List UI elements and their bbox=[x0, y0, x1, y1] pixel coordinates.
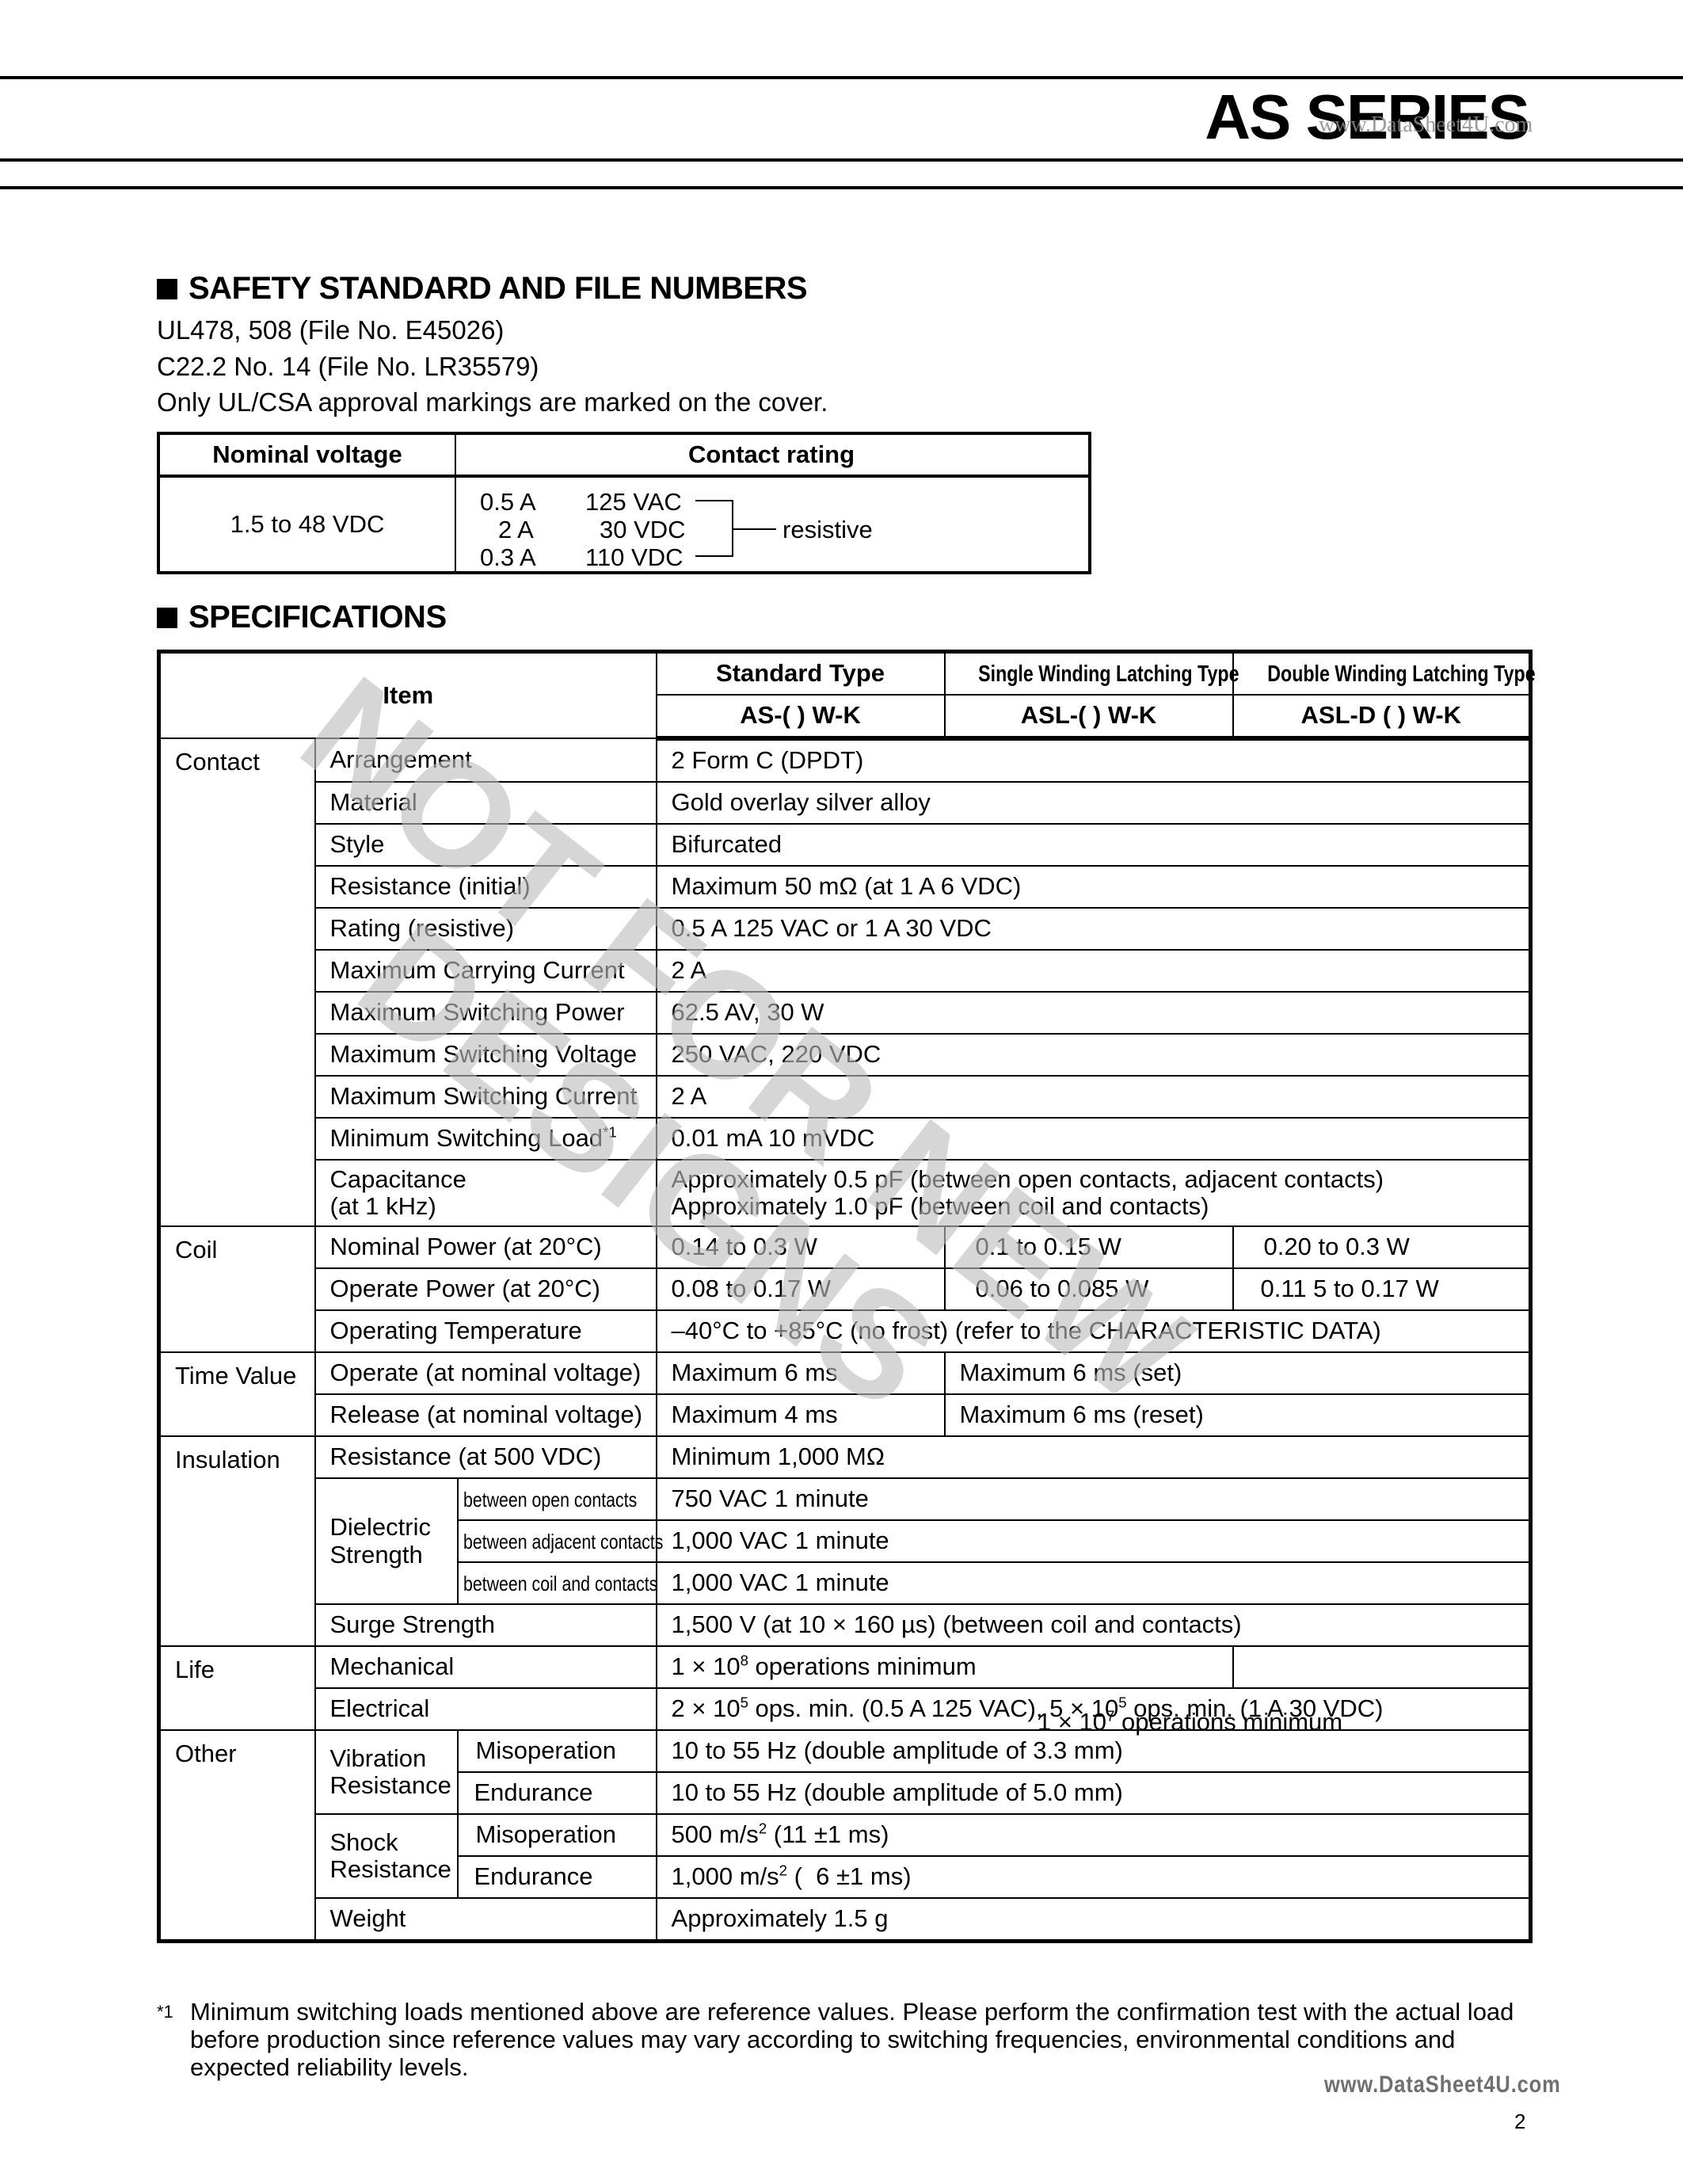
specs-heading-text: SPECIFICATIONS bbox=[188, 600, 447, 635]
safety-line-csa: C22.2 No. 14 (File No. LR35579) bbox=[157, 353, 539, 379]
item-surge-strength: Surge Strength bbox=[315, 1604, 657, 1646]
item-arrangement: Arrangement bbox=[315, 738, 657, 782]
header-watermark: www.DataSheet4U.com bbox=[1319, 112, 1533, 138]
table-row: Material Gold overlay silver alloy bbox=[159, 782, 1531, 824]
shock-mis-b: (11 ±1 ms) bbox=[767, 1820, 889, 1848]
shock-mis-exp: 2 bbox=[759, 1820, 767, 1837]
shock-end-b: ( 6 ±1 ms) bbox=[787, 1862, 912, 1890]
header-single-winding: Single Winding Latching Type bbox=[945, 652, 1233, 696]
value-operating-temperature: –40°C to +85°C (no frost) (refer to the … bbox=[657, 1310, 1531, 1352]
rating-voltage-1: 125 VAC bbox=[585, 490, 682, 514]
model-standard: AS-( ) W-K bbox=[657, 695, 945, 738]
shock-cond-misoperation: Misoperation bbox=[458, 1814, 657, 1856]
safety-line-note: Only UL/CSA approval markings are marked… bbox=[157, 389, 828, 415]
item-min-switching-load-text: Minimum Switching Load bbox=[330, 1124, 604, 1152]
bracket-line bbox=[732, 528, 776, 530]
footnote-text: Minimum switching loads mentioned above … bbox=[157, 1998, 1535, 2081]
dielectric-cond-adjacent: between adjacent contacts bbox=[458, 1520, 657, 1562]
value-insulation-resistance: Minimum 1,000 MΩ bbox=[657, 1436, 1531, 1478]
mech-std-base: 1 × 10 bbox=[672, 1652, 741, 1680]
footnote-mark: *1 bbox=[157, 1998, 173, 2026]
rating-note: resistive bbox=[782, 517, 873, 542]
item-operate-power: Operate Power (at 20°C) bbox=[315, 1268, 657, 1310]
rating-voltage-2: 30 VDC bbox=[600, 517, 686, 542]
bracket-line bbox=[695, 555, 733, 557]
dielectric-value-adjacent: 1,000 VAC 1 minute bbox=[657, 1520, 1531, 1562]
mechanical-life-standard: 1 × 108 operations minimum bbox=[657, 1646, 1233, 1688]
nominal-power-single: 0.1 to 0.15 W bbox=[945, 1226, 1233, 1268]
item-vibration-resistance-text: Vibration Resistance bbox=[330, 1745, 465, 1799]
table-row: Rating (resistive) 0.5 A 125 VAC or 1 A … bbox=[159, 908, 1531, 950]
header-double-winding: Double Winding Latching Type bbox=[1233, 652, 1531, 696]
nominal-power-standard: 0.14 to 0.3 W bbox=[657, 1226, 945, 1268]
value-rating: 0.5 A 125 VAC or 1 A 30 VDC bbox=[657, 908, 1531, 950]
value-weight: Approximately 1.5 g bbox=[657, 1898, 1531, 1942]
mech-lat-base: 1 × 10 bbox=[1038, 1708, 1106, 1736]
group-life: Life bbox=[159, 1646, 315, 1730]
shock-mis-a: 500 m/s bbox=[672, 1820, 759, 1848]
elec-p1: 2 × 10 bbox=[672, 1694, 741, 1722]
operate-power-single: 0.06 to 0.085 W bbox=[945, 1268, 1233, 1310]
value-max-switching-voltage: 250 VAC, 220 VDC bbox=[657, 1034, 1531, 1076]
table-row: Coil Nominal Power (at 20°C) 0.14 to 0.3… bbox=[159, 1226, 1531, 1268]
operate-power-double: 0.11 5 to 0.17 W bbox=[1233, 1268, 1531, 1310]
item-max-carrying-current: Maximum Carrying Current bbox=[315, 950, 657, 992]
page-number: 2 bbox=[1514, 2110, 1525, 2134]
item-style: Style bbox=[315, 824, 657, 866]
item-capacitance: Capacitance(at 1 kHz) bbox=[315, 1160, 657, 1226]
specs-heading: SPECIFICATIONS bbox=[157, 600, 447, 635]
vibration-cond-endurance: Endurance bbox=[458, 1772, 657, 1814]
dielectric-cond-adjacent-text: between adjacent contacts bbox=[463, 1530, 663, 1553]
table-row: Weight Approximately 1.5 g bbox=[159, 1898, 1531, 1942]
mech-lat-exp: 7 bbox=[1106, 1708, 1114, 1725]
shock-value-misoperation: 500 m/s2 (11 ±1 ms) bbox=[657, 1814, 1531, 1856]
table-row: Insulation Resistance (at 500 VDC) Minim… bbox=[159, 1436, 1531, 1478]
shock-value-endurance: 1,000 m/s2 ( 6 ±1 ms) bbox=[657, 1856, 1531, 1898]
value-material: Gold overlay silver alloy bbox=[657, 782, 1531, 824]
table-row: Life Mechanical 1 × 108 operations minim… bbox=[159, 1646, 1531, 1688]
square-bullet-icon bbox=[157, 279, 177, 299]
table-row: Time Value Operate (at nominal voltage) … bbox=[159, 1352, 1531, 1394]
item-capacitance-line2: (at 1 kHz) bbox=[330, 1193, 656, 1220]
item-material: Material bbox=[315, 782, 657, 824]
value-style: Bifurcated bbox=[657, 824, 1531, 866]
value-capacitance-line1: Approximately 0.5 pF (between open conta… bbox=[672, 1166, 1529, 1193]
value-capacitance: Approximately 0.5 pF (between open conta… bbox=[657, 1160, 1531, 1226]
header-standard-type: Standard Type bbox=[657, 652, 945, 696]
model-single: ASL-( ) W-K bbox=[945, 695, 1233, 738]
table-row: Minimum Switching Load*1 0.01 mA 10 mVDC bbox=[159, 1118, 1531, 1160]
specifications-table: Item Standard Type Single Winding Latchi… bbox=[157, 650, 1533, 1943]
footnote-ref: *1 bbox=[603, 1124, 617, 1141]
item-dielectric-strength-text: Dielectric Strength bbox=[330, 1514, 433, 1568]
mech-std-tail: operations minimum bbox=[748, 1652, 977, 1680]
contact-rating-table: Nominal voltage Contact rating 1.5 to 48… bbox=[157, 432, 1091, 574]
item-operating-temperature: Operating Temperature bbox=[315, 1310, 657, 1352]
value-max-switching-current: 2 A bbox=[657, 1076, 1531, 1118]
vibration-cond-misoperation: Misoperation bbox=[458, 1730, 657, 1772]
elec-e1: 5 bbox=[741, 1694, 748, 1711]
header-item: Item bbox=[159, 652, 657, 739]
nominal-power-double: 0.20 to 0.3 W bbox=[1233, 1226, 1531, 1268]
item-insulation-resistance: Resistance (at 500 VDC) bbox=[315, 1436, 657, 1478]
nominal-voltage-value: 1.5 to 48 VDC bbox=[160, 478, 455, 571]
header-single-winding-text: Single Winding Latching Type bbox=[978, 662, 1239, 688]
operate-power-standard: 0.08 to 0.17 W bbox=[657, 1268, 945, 1310]
table-row: Release (at nominal voltage) Maximum 4 m… bbox=[159, 1394, 1531, 1436]
group-coil: Coil bbox=[159, 1226, 315, 1352]
item-mechanical-life: Mechanical bbox=[315, 1646, 657, 1688]
release-time-standard: Maximum 4 ms bbox=[657, 1394, 945, 1436]
dielectric-value-coil: 1,000 VAC 1 minute bbox=[657, 1562, 1531, 1604]
item-release-time: Release (at nominal voltage) bbox=[315, 1394, 657, 1436]
safety-heading-text: SAFETY STANDARD AND FILE NUMBERS bbox=[188, 271, 807, 307]
value-resistance: Maximum 50 mΩ (at 1 A 6 VDC) bbox=[657, 866, 1531, 908]
square-bullet-icon bbox=[157, 608, 177, 628]
group-time-value: Time Value bbox=[159, 1352, 315, 1436]
header-double-winding-text: Double Winding Latching Type bbox=[1267, 662, 1535, 688]
header-rule-top bbox=[0, 76, 1683, 79]
value-min-switching-load: 0.01 mA 10 mVDC bbox=[657, 1118, 1531, 1160]
operate-time-standard: Maximum 6 ms bbox=[657, 1352, 945, 1394]
table-row: Maximum Carrying Current 2 A bbox=[159, 950, 1531, 992]
dielectric-cond-coil-text: between coil and contacts bbox=[463, 1572, 657, 1595]
item-shock-resistance-text: Shock Resistance bbox=[330, 1829, 465, 1883]
value-capacitance-line2: Approximately 1.0 pF (between coil and c… bbox=[672, 1193, 1529, 1220]
table-row: Contact Arrangement 2 Form C (DPDT) bbox=[159, 738, 1531, 782]
item-weight: Weight bbox=[315, 1898, 657, 1942]
item-max-switching-voltage: Maximum Switching Voltage bbox=[315, 1034, 657, 1076]
table-row: Resistance (initial) Maximum 50 mΩ (at 1… bbox=[159, 866, 1531, 908]
model-double: ASL-D ( ) W-K bbox=[1233, 695, 1531, 738]
col-contact-rating: Contact rating bbox=[455, 435, 1088, 478]
value-arrangement: 2 Form C (DPDT) bbox=[657, 738, 1531, 782]
header-rule-middle bbox=[0, 158, 1683, 162]
rating-voltage-3: 110 VDC bbox=[585, 545, 683, 570]
item-capacitance-line1: Capacitance bbox=[330, 1166, 656, 1193]
dielectric-cond-open-text: between open contacts bbox=[463, 1488, 637, 1511]
safety-heading: SAFETY STANDARD AND FILE NUMBERS bbox=[157, 271, 807, 307]
table-row: Maximum Switching Power 62.5 AV, 30 W bbox=[159, 992, 1531, 1034]
rating-current-2: 2 A bbox=[498, 517, 534, 542]
item-max-switching-power: Maximum Switching Power bbox=[315, 992, 657, 1034]
table-row: Operating Temperature –40°C to +85°C (no… bbox=[159, 1310, 1531, 1352]
table-row: Shock Resistance Misoperation 500 m/s2 (… bbox=[159, 1814, 1531, 1856]
table-row: Surge Strength 1,500 V (at 10 × 160 µs) … bbox=[159, 1604, 1531, 1646]
header-rule-bottom bbox=[0, 186, 1683, 189]
column-divider bbox=[455, 435, 456, 571]
table-row: Style Bifurcated bbox=[159, 824, 1531, 866]
item-resistance: Resistance (initial) bbox=[315, 866, 657, 908]
shock-cond-endurance: Endurance bbox=[458, 1856, 657, 1898]
bracket-line bbox=[695, 500, 733, 501]
operate-time-latching: Maximum 6 ms (set) bbox=[945, 1352, 1531, 1394]
item-electrical-life: Electrical bbox=[315, 1688, 657, 1730]
rating-current-3: 0.3 A bbox=[480, 545, 536, 570]
group-contact: Contact bbox=[159, 738, 315, 1226]
dielectric-value-open: 750 VAC 1 minute bbox=[657, 1478, 1531, 1520]
mechanical-life-latching bbox=[1233, 1646, 1531, 1688]
table-row: Operate Power (at 20°C) 0.08 to 0.17 W 0… bbox=[159, 1268, 1531, 1310]
item-dielectric-strength: Dielectric Strength bbox=[315, 1478, 458, 1604]
item-nominal-power: Nominal Power (at 20°C) bbox=[315, 1226, 657, 1268]
dielectric-cond-coil: between coil and contacts bbox=[458, 1562, 657, 1604]
item-min-switching-load: Minimum Switching Load*1 bbox=[315, 1118, 657, 1160]
mech-std-exp: 8 bbox=[741, 1652, 748, 1669]
table-row: Capacitance(at 1 kHz) Approximately 0.5 … bbox=[159, 1160, 1531, 1226]
table-row: Maximum Switching Voltage 250 VAC, 220 V… bbox=[159, 1034, 1531, 1076]
value-max-carrying-current: 2 A bbox=[657, 950, 1531, 992]
item-vibration-resistance: Vibration Resistance bbox=[315, 1730, 458, 1814]
mechanical-life-latching-text: 1 × 107 operations minimum bbox=[1038, 1708, 1342, 1736]
site-watermark: www.DataSheet4U.com bbox=[1324, 2072, 1561, 2098]
release-time-latching: Maximum 6 ms (reset) bbox=[945, 1394, 1531, 1436]
rating-current-1: 0.5 A bbox=[480, 490, 536, 514]
dielectric-cond-open: between open contacts bbox=[458, 1478, 657, 1520]
item-rating: Rating (resistive) bbox=[315, 908, 657, 950]
value-max-switching-power: 62.5 AV, 30 W bbox=[657, 992, 1531, 1034]
shock-end-exp: 2 bbox=[779, 1862, 787, 1879]
vibration-value-endurance: 10 to 55 Hz (double amplitude of 5.0 mm) bbox=[657, 1772, 1531, 1814]
footnote: *1 Minimum switching loads mentioned abo… bbox=[157, 1998, 1535, 2081]
group-insulation: Insulation bbox=[159, 1436, 315, 1646]
item-max-switching-current: Maximum Switching Current bbox=[315, 1076, 657, 1118]
shock-end-a: 1,000 m/s bbox=[672, 1862, 779, 1890]
safety-line-ul: UL478, 508 (File No. E45026) bbox=[157, 317, 504, 343]
item-shock-resistance: Shock Resistance bbox=[315, 1814, 458, 1898]
table-row: Dielectric Strength between open contact… bbox=[159, 1478, 1531, 1520]
col-nominal-voltage: Nominal voltage bbox=[160, 435, 455, 478]
group-other: Other bbox=[159, 1730, 315, 1942]
item-operate-time: Operate (at nominal voltage) bbox=[315, 1352, 657, 1394]
table-row: Maximum Switching Current 2 A bbox=[159, 1076, 1531, 1118]
mech-lat-tail: operations minimum bbox=[1114, 1708, 1342, 1736]
value-surge-strength: 1,500 V (at 10 × 160 µs) (between coil a… bbox=[657, 1604, 1531, 1646]
